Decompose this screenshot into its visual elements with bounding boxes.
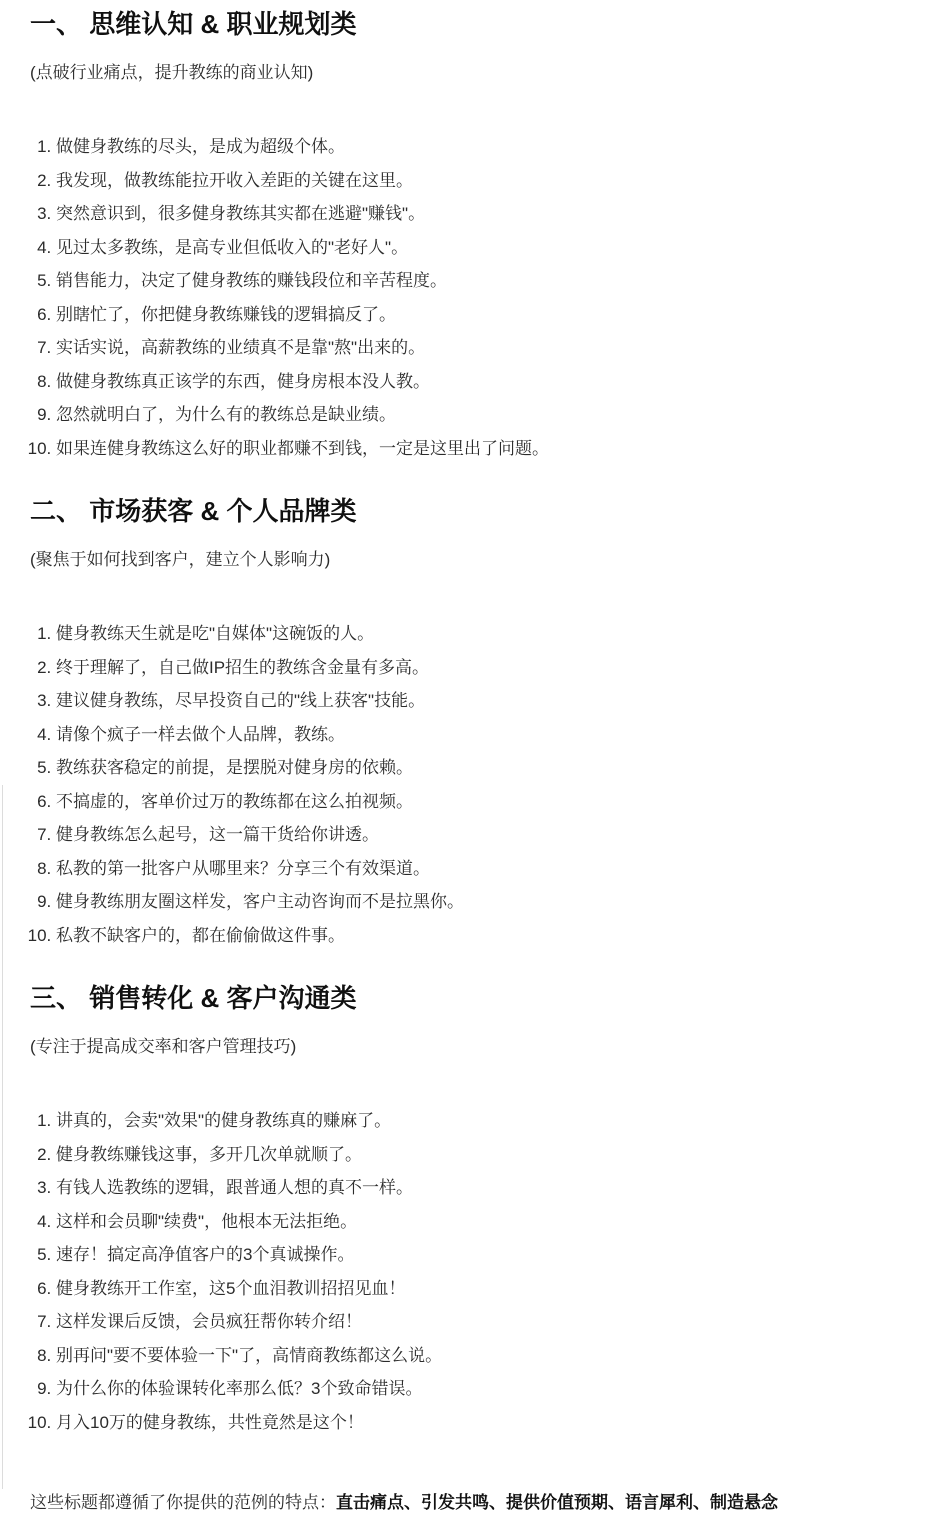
section-sales-communication: 三、 销售转化 & 客户沟通类 (专注于提高成交率和客户管理技巧) 讲真的，会卖… (30, 982, 896, 1439)
list-item: 健身教练开工作室，这5个血泪教训招招见血！ (56, 1272, 896, 1306)
list-item: 为什么你的体验课转化率那么低？3个致命错误。 (56, 1372, 896, 1406)
list-item: 这样和会员聊"续费"，他根本无法拒绝。 (56, 1205, 896, 1239)
document-content: 一、 思维认知 & 职业规划类 (点破行业痛点，提升教练的商业认知) 做健身教练… (0, 0, 896, 1515)
list-item: 健身教练怎么起号，这一篇干货给你讲透。 (56, 818, 896, 852)
document-page: { "page": { "background": "#ffffff", "bo… (0, 0, 926, 1515)
list-item: 突然意识到，很多健身教练其实都在逃避"赚钱"。 (56, 197, 896, 231)
list-item: 月入10万的健身教练，共性竟然是这个！ (56, 1406, 896, 1440)
list-item: 建议健身教练，尽早投资自己的"线上获客"技能。 (56, 684, 896, 718)
section-marketing-brand: 二、 市场获客 & 个人品牌类 (聚焦于如何找到客户，建立个人影响力) 健身教练… (30, 495, 896, 952)
list-item: 做健身教练真正该学的东西，健身房根本没人教。 (56, 365, 896, 399)
section-subtitle: (聚焦于如何找到客户，建立个人影响力) (30, 546, 896, 573)
list-item: 销售能力，决定了健身教练的赚钱段位和辛苦程度。 (56, 264, 896, 298)
list-item: 有钱人选教练的逻辑，跟普通人想的真不一样。 (56, 1171, 896, 1205)
section-heading: 二、 市场获客 & 个人品牌类 (30, 495, 896, 527)
list-item: 实话实说，高薪教练的业绩真不是靠"熬"出来的。 (56, 331, 896, 365)
section-subtitle: (专注于提高成交率和客户管理技巧) (30, 1033, 896, 1060)
list-item: 如果连健身教练这么好的职业都赚不到钱，一定是这里出了问题。 (56, 432, 896, 466)
list-item: 教练获客稳定的前提，是摆脱对健身房的依赖。 (56, 751, 896, 785)
list-item: 私教的第一批客户从哪里来？分享三个有效渠道。 (56, 852, 896, 886)
summary-bold-keywords: 直击痛点、引发共鸣、提供价值预期、语言犀利、制造悬念 (336, 1493, 778, 1512)
left-edge-divider-line (2, 785, 3, 1489)
list-item: 这样发课后反馈，会员疯狂帮你转介绍！ (56, 1305, 896, 1339)
section-mindset-career: 一、 思维认知 & 职业规划类 (点破行业痛点，提升教练的商业认知) 做健身教练… (30, 8, 896, 465)
list-item: 终于理解了，自己做IP招生的教练含金量有多高。 (56, 651, 896, 685)
section-heading: 一、 思维认知 & 职业规划类 (30, 8, 896, 40)
list-item: 忽然就明白了，为什么有的教练总是缺业绩。 (56, 398, 896, 432)
list-item: 健身教练赚钱这事，多开几次单就顺了。 (56, 1138, 896, 1172)
list-item: 见过太多教练，是高专业但低收入的"老好人"。 (56, 231, 896, 265)
summary-intro: 这些标题都遵循了你提供的范例的特点： (30, 1493, 336, 1512)
list-item: 我发现，做教练能拉开收入差距的关键在这里。 (56, 164, 896, 198)
summary-line: 这些标题都遵循了你提供的范例的特点：直击痛点、引发共鸣、提供价值预期、语言犀利、… (30, 1489, 896, 1515)
title-list: 讲真的，会卖"效果"的健身教练真的赚麻了。 健身教练赚钱这事，多开几次单就顺了。… (30, 1104, 896, 1439)
list-item: 健身教练朋友圈这样发，客户主动咨询而不是拉黑你。 (56, 885, 896, 919)
list-item: 讲真的，会卖"效果"的健身教练真的赚麻了。 (56, 1104, 896, 1138)
list-item: 别再问"要不要体验一下"了，高情商教练都这么说。 (56, 1339, 896, 1373)
section-subtitle: (点破行业痛点，提升教练的商业认知) (30, 59, 896, 86)
list-item: 健身教练天生就是吃"自媒体"这碗饭的人。 (56, 617, 896, 651)
section-heading: 三、 销售转化 & 客户沟通类 (30, 982, 896, 1014)
list-item: 速存！搞定高净值客户的3个真诚操作。 (56, 1238, 896, 1272)
list-item: 私教不缺客户的，都在偷偷做这件事。 (56, 919, 896, 953)
list-item: 不搞虚的，客单价过万的教练都在这么拍视频。 (56, 785, 896, 819)
list-item: 别瞎忙了，你把健身教练赚钱的逻辑搞反了。 (56, 298, 896, 332)
list-item: 请像个疯子一样去做个人品牌，教练。 (56, 718, 896, 752)
title-list: 做健身教练的尽头，是成为超级个体。 我发现，做教练能拉开收入差距的关键在这里。 … (30, 130, 896, 465)
title-list: 健身教练天生就是吃"自媒体"这碗饭的人。 终于理解了，自己做IP招生的教练含金量… (30, 617, 896, 952)
list-item: 做健身教练的尽头，是成为超级个体。 (56, 130, 896, 164)
